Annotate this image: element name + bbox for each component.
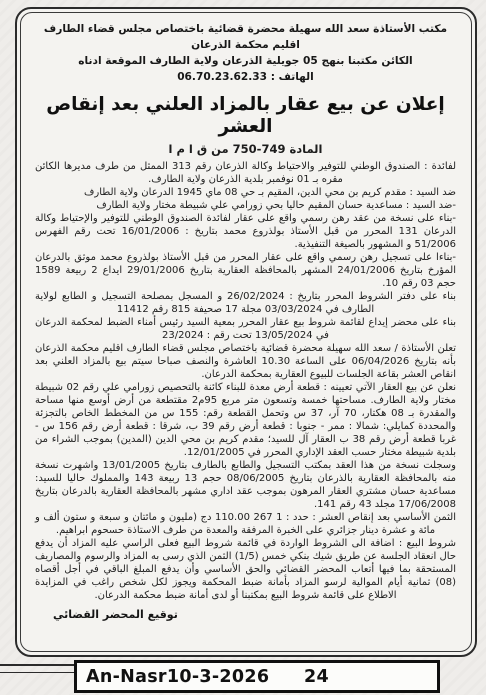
page-number: 24 [304, 667, 329, 687]
notice-content: مكتب الأستاذة سعد الله سهيلة محضرة قضائي… [20, 12, 472, 652]
notice-body: لفائدة : الصندوق الوطني للتوفير والاحتيا… [35, 160, 456, 602]
bailiff-signature-label: توقيع المحضر القضائي [53, 608, 456, 621]
paragraph-property-description: نعلن عن بيع العقار الآتي تعيينه : قطعة أ… [35, 381, 456, 459]
phone-number: الهاتف : 06.70.23.62.33 [35, 69, 456, 85]
office-address: الكائن مكتبنا بنهج 05 جويلية الذرعان ولا… [35, 53, 456, 69]
paragraph-defendant-1: ضد السيد : مقدم كريم بن محي الدين، المقي… [35, 186, 456, 199]
court-district: اقليم محكمة الذرعان [35, 37, 456, 53]
paragraph-beneficiary: لفائدة : الصندوق الوطني للتوفير والاحتيا… [35, 160, 456, 186]
paragraph-defendant-2: -ضد السيد : مساعدية حسان المقيم حاليا بح… [35, 199, 456, 212]
paragraph-deed-registration: وسجلت نسخة من هذا العقد بمكتب التسجيل وا… [35, 459, 456, 511]
paragraph-deposit-report: بناء على محضر إيداع لقائمة شروط بيع عقار… [35, 316, 456, 342]
paragraph-mortgage-registration: -بناءا على تسجيل رهن رسمي واقع على عقار … [35, 251, 456, 290]
document-border: مكتب الأستاذة سعد الله سهيلة محضرة قضائي… [15, 7, 477, 657]
paragraph-base-price: الثمن الأساسي بعد إنقاص العشر : حدد : 1 … [35, 511, 456, 537]
legal-article-reference: المادة 749-750 من ق ا م ا [35, 142, 456, 157]
office-name: مكتب الأستاذة سعد الله سهيلة محضرة قضائي… [35, 21, 456, 37]
paragraph-auction-announcement: تعلن الأستاذة / سعد الله سهيلة محضرة قضا… [35, 342, 456, 381]
paragraph-sale-conditions: شروط البيع : اضافة الى الشروط الواردة في… [35, 537, 456, 602]
newspaper-footer-bar: An-Nasr10-3-2026 24 [74, 660, 440, 693]
frame-bottom-edge [0, 664, 74, 673]
paragraph-conditions-book: بناء على دفتر الشروط المحرر بتاريخ : 26/… [35, 290, 456, 316]
paragraph-mortgage-deed: -بناء على نسخة من عقد رهن رسمي واقع على … [35, 212, 456, 251]
notice-header: مكتب الأستاذة سعد الله سهيلة محضرة قضائي… [35, 21, 456, 85]
notice-title: إعلان عن بيع عقار بالمزاد العلني بعد إنق… [35, 94, 456, 138]
scanned-newspaper-notice: مكتب الأستاذة سعد الله سهيلة محضرة قضائي… [0, 0, 486, 695]
newspaper-name-date: An-Nasr10-3-2026 [86, 667, 269, 687]
